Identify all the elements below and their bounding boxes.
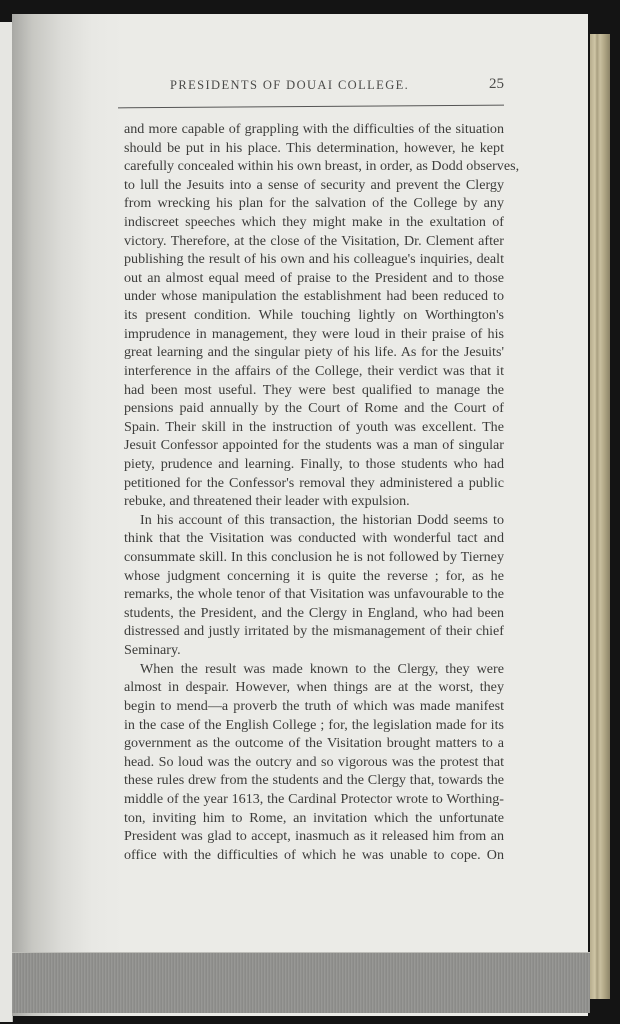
text-line: victory. Therefore, at the close of the … [124, 232, 504, 251]
text-line: think that the Visitation was conducted … [124, 529, 504, 548]
text-line: interference in the affairs of the Colle… [124, 362, 504, 381]
text-line: rebuke, and threatened their leader with… [124, 492, 504, 511]
text-line: government as the outcome of the Visitat… [124, 734, 504, 753]
text-line: publishing the result of his own and his… [124, 250, 504, 269]
text-line: almost in despair. However, when things … [124, 678, 504, 697]
text-line: Seminary. [124, 641, 504, 660]
text-line: ton, inviting him to Rome, an invitation… [124, 809, 504, 828]
text-line: carefully concealed within his own breas… [124, 157, 504, 176]
text-line: under whose manipulation the establishme… [124, 287, 504, 306]
text-line: petitioned for the Confessor's removal t… [124, 474, 504, 493]
text-line: its present condition. While touching li… [124, 306, 504, 325]
text-line: In his account of this transaction, the … [124, 511, 504, 530]
text-line: imprudence in management, they were loud… [124, 325, 504, 344]
page-number: 25 [489, 76, 504, 93]
text-line: and more capable of grappling with the d… [124, 120, 504, 139]
text-line: When the result was made known to the Cl… [124, 660, 504, 679]
text-line: these rules drew from the students and t… [124, 771, 504, 790]
text-line: Jesuit Confessor appointed for the stude… [124, 436, 504, 455]
text-line: had been most useful. They were best qua… [124, 381, 504, 400]
text-line: begin to mend—a proverb the truth of whi… [124, 697, 504, 716]
page-block-edge [590, 34, 610, 999]
running-title: PRESIDENTS OF DOUAI COLLEGE. [170, 78, 409, 93]
text-line: indiscreet speeches which they might mak… [124, 213, 504, 232]
text-line: President was glad to accept, inasmuch a… [124, 827, 504, 846]
running-head: PRESIDENTS OF DOUAI COLLEGE. 25 [100, 78, 510, 98]
text-line: remarks, the whole tenor of that Visitat… [124, 585, 504, 604]
scan-background-band [12, 952, 590, 1013]
text-line: head. So loud was the outcry and so vigo… [124, 753, 504, 772]
text-line: to lull the Jesuits into a sense of secu… [124, 176, 504, 195]
text-line: students, the President, and the Clergy … [124, 604, 504, 623]
text-line: in the case of the English College ; for… [124, 716, 504, 735]
text-line: great learning and the singular piety of… [124, 343, 504, 362]
body-text: and more capable of grappling with the d… [124, 120, 504, 864]
text-line: distressed and justly irritated by the m… [124, 622, 504, 641]
text-line: out an almost equal meed of praise to th… [124, 269, 504, 288]
text-line: from wrecking his plan for the salvation… [124, 194, 504, 213]
text-line: Spain. Their skill in the instruction of… [124, 418, 504, 437]
text-line: office with the difficulties of which he… [124, 846, 504, 865]
text-line: should be put in his place. This determi… [124, 139, 504, 158]
text-line: consummate skill. In this conclusion he … [124, 548, 504, 567]
text-line: pensions paid annually by the Court of R… [124, 399, 504, 418]
text-line: piety, prudence and learning. Finally, t… [124, 455, 504, 474]
text-line: middle of the year 1613, the Cardinal Pr… [124, 790, 504, 809]
text-line: whose judgment concerning it is quite th… [124, 567, 504, 586]
